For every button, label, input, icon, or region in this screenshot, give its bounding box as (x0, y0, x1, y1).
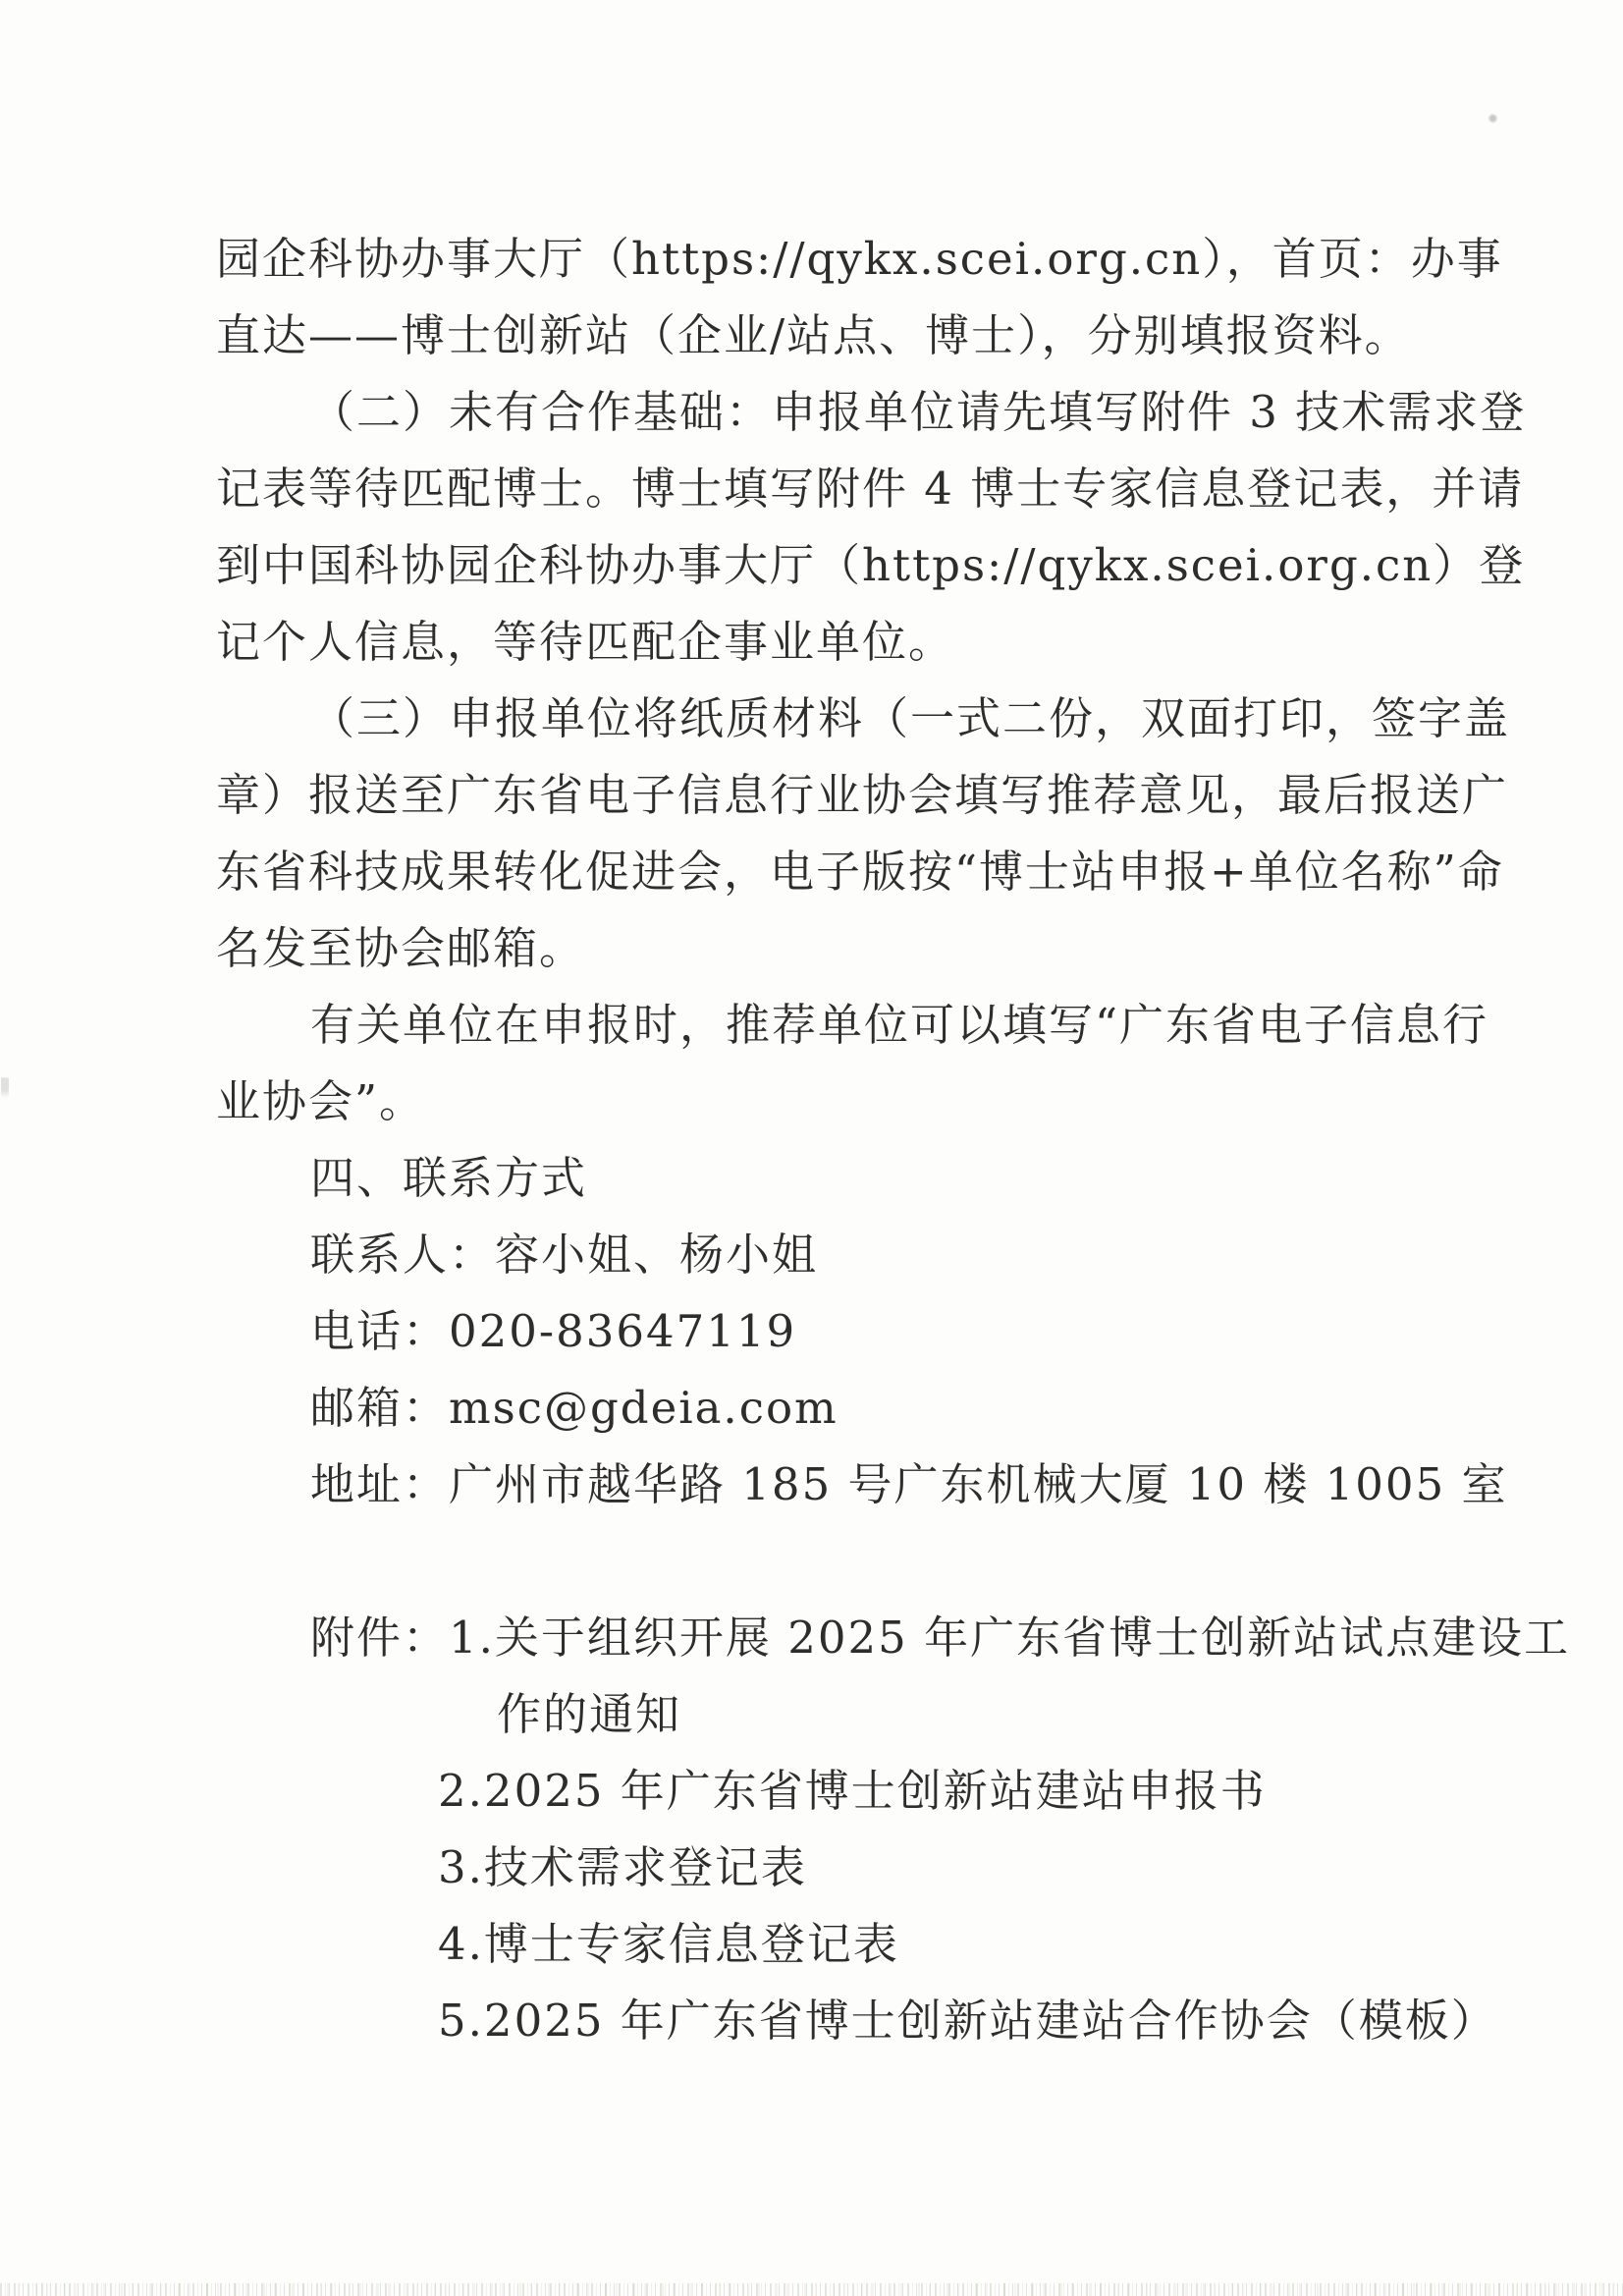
body-line: 园企科协办事大厅（https://qykx.scei.org.cn），首页：办事 (216, 221, 1522, 298)
document-page: 园企科协办事大厅（https://qykx.scei.org.cn），首页：办事… (0, 0, 1623, 2296)
contact-person-line: 联系人：容小姐、杨小姐 (216, 1217, 1522, 1293)
body-line: 有关单位在申报时，推荐单位可以填写“广东省电子信息行 (216, 987, 1522, 1064)
scan-edge-noise (0, 2283, 1623, 2296)
blank-line (216, 1523, 1522, 1600)
document-text-block: 园企科协办事大厅（https://qykx.scei.org.cn），首页：办事… (216, 221, 1522, 2059)
body-line: 名发至协会邮箱。 (216, 910, 1522, 987)
body-line: 记表等待匹配博士。博士填写附件 4 博士专家信息登记表，并请 (216, 451, 1522, 527)
contact-email-line: 邮箱：msc@gdeia.com (216, 1370, 1522, 1447)
contact-phone-line: 电话：020-83647119 (216, 1293, 1522, 1370)
attachment-item-line: 4.博士专家信息登记表 (216, 1906, 1522, 1983)
attachment-item-line: 2.2025 年广东省博士创新站建站申报书 (216, 1753, 1522, 1830)
attachment-item-line: 5.2025 年广东省博士创新站建站合作协会（模板） (216, 1983, 1522, 2059)
body-line: 东省科技成果转化促进会，电子版按“博士站申报+单位名称”命 (216, 834, 1522, 910)
attachment-continuation-line: 作的通知 (216, 1676, 1522, 1753)
contact-heading-line: 四、联系方式 (216, 1140, 1522, 1217)
scan-speck (1, 1077, 9, 1103)
body-line: 记个人信息，等待匹配企事业单位。 (216, 604, 1522, 681)
body-line: （三）申报单位将纸质材料（一式二份，双面打印，签字盖 (216, 681, 1522, 757)
attachments-label-line: 附件：1.关于组织开展 2025 年广东省博士创新站试点建设工 (216, 1600, 1522, 1676)
attachment-item-line: 3.技术需求登记表 (216, 1830, 1522, 1906)
body-line: 业协会”。 (216, 1064, 1522, 1140)
body-line: 到中国科协园企科协办事大厅（https://qykx.scei.org.cn）登 (216, 527, 1522, 604)
scan-speck (1488, 113, 1498, 124)
body-line: 章）报送至广东省电子信息行业协会填写推荐意见，最后报送广 (216, 757, 1522, 834)
body-line: （二）未有合作基础：申报单位请先填写附件 3 技术需求登 (216, 374, 1522, 451)
contact-address-line: 地址：广州市越华路 185 号广东机械大厦 10 楼 1005 室 (216, 1447, 1522, 1523)
body-line: 直达——博士创新站（企业/站点、博士），分别填报资料。 (216, 298, 1522, 374)
